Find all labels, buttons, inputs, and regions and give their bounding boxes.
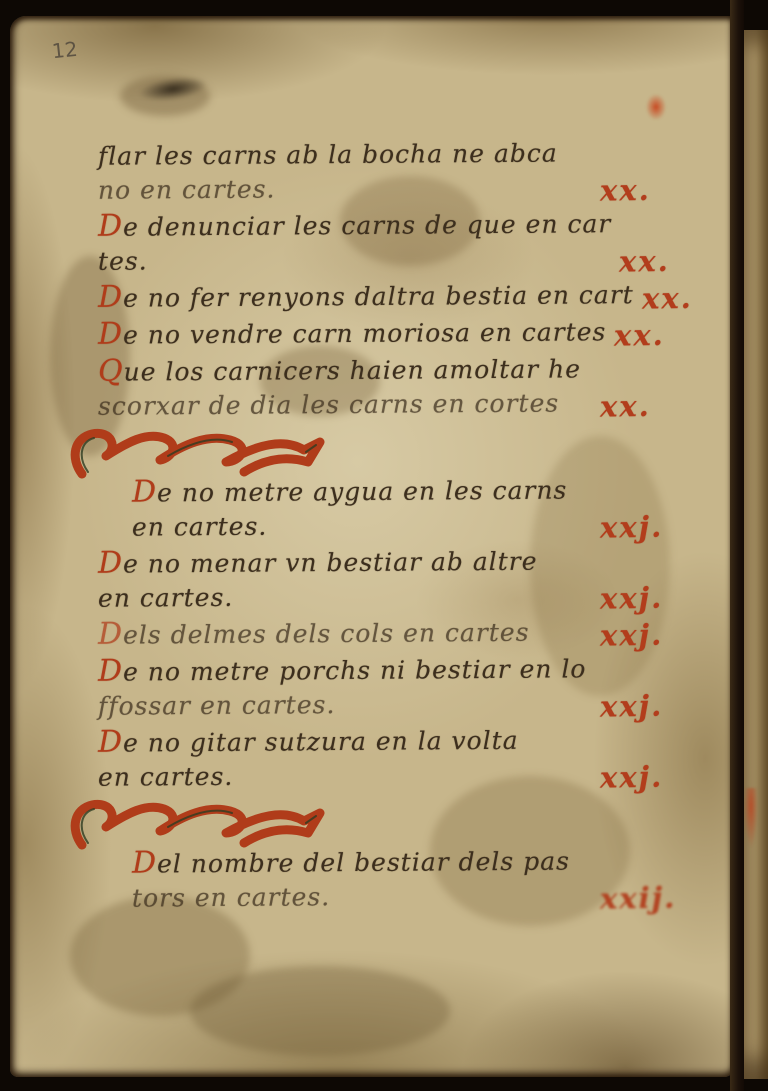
folio-number: xx. bbox=[634, 281, 729, 315]
toc-entry-text: flar les carns ab la bocha ne abcano en … bbox=[98, 138, 592, 206]
folio-number: xxij. bbox=[592, 881, 687, 915]
toc-entry-line: De no metre aygua en les carns bbox=[132, 472, 592, 510]
toc-entry-text: De no fer renyons daltra bestia en cart bbox=[98, 279, 634, 314]
toc-entry: Dels delmes dels cols en cartesxxj. bbox=[98, 616, 686, 651]
toc-entry-text: De no gitar sutzura en la voltaen cartes… bbox=[98, 724, 592, 793]
decorated-initial bbox=[68, 428, 686, 480]
folio-number: xxj. bbox=[592, 510, 687, 544]
toc-entry-line: scorxar de dia les carns en cortes bbox=[98, 386, 592, 423]
toc-entry-text: Dels delmes dels cols en cartes bbox=[98, 616, 592, 651]
toc-entry: De no metre aygua en les carnsen cartes.… bbox=[98, 474, 686, 543]
decorated-initial bbox=[68, 799, 686, 851]
toc-entry-text: Que los carnicers haien amoltar hescorxa… bbox=[98, 353, 592, 422]
toc-entry: Que los carnicers haien amoltar hescorxa… bbox=[98, 353, 686, 422]
facing-page-edge bbox=[742, 30, 768, 1079]
decorated-initial-flourish bbox=[68, 799, 398, 851]
folio-number: xx. bbox=[592, 389, 687, 423]
toc-entry-line: ffossar en cartes. bbox=[98, 686, 592, 723]
parchment-stain bbox=[190, 966, 450, 1056]
toc-entry: De no metre porchs ni bestiar en loffoss… bbox=[98, 653, 686, 722]
toc-entry-text: De no vendre carn moriosa en cartes bbox=[98, 316, 606, 351]
toc-entry-line: De no fer renyons daltra bestia en cart bbox=[98, 277, 634, 316]
folio-number: xx. bbox=[592, 173, 687, 207]
toc-entry-text: De no metre aygua en les carnsen cartes. bbox=[132, 474, 592, 543]
red-ink-smear bbox=[744, 788, 758, 848]
table-of-contents: flar les carns ab la bocha ne abcano en … bbox=[98, 138, 686, 916]
ink-smudge bbox=[137, 73, 209, 105]
toc-entry-line: De no menar vn bestiar ab altre bbox=[98, 543, 592, 581]
toc-entry-line: en cartes. bbox=[98, 578, 592, 615]
folio-number: xxj. bbox=[592, 618, 687, 652]
toc-entry-line: Dels delmes dels cols en cartes bbox=[98, 614, 592, 652]
toc-entry-text: Del nombre del bestiar dels pastors en c… bbox=[132, 845, 592, 914]
toc-entry-text: De no menar vn bestiar ab altreen cartes… bbox=[98, 545, 592, 614]
toc-entry: Del nombre del bestiar dels pastors en c… bbox=[98, 845, 686, 914]
toc-entry-line: Del nombre del bestiar dels pas bbox=[132, 843, 592, 881]
manuscript-page: 12 flar les carns ab la bocha ne abcano … bbox=[10, 16, 734, 1077]
toc-entry-line: De no vendre carn moriosa en cartes bbox=[98, 314, 607, 353]
toc-entry-line: Que los carnicers haien amoltar he bbox=[98, 351, 592, 389]
toc-entry-line: De denunciar les carns de que en car bbox=[98, 206, 612, 245]
toc-entry-line: tes. bbox=[98, 241, 612, 279]
toc-entry: De denunciar les carns de que en cartes.… bbox=[98, 208, 686, 277]
toc-entry-line: De no gitar sutzura en la volta bbox=[98, 722, 592, 760]
toc-entry-line: no en cartes. bbox=[98, 170, 592, 207]
toc-entry: De no menar vn bestiar ab altreen cartes… bbox=[98, 545, 686, 614]
toc-entry: De no vendre carn moriosa en cartesxx. bbox=[98, 316, 686, 351]
toc-entry: flar les carns ab la bocha ne abcano en … bbox=[98, 138, 686, 206]
toc-entry-line: De no metre porchs ni bestiar en lo bbox=[98, 651, 592, 689]
toc-entry: De no fer renyons daltra bestia en cartx… bbox=[98, 279, 686, 314]
folio-number: xxj. bbox=[592, 760, 687, 794]
toc-entry-text: De no metre porchs ni bestiar en loffoss… bbox=[98, 653, 592, 722]
folio-number: xxj. bbox=[592, 581, 687, 615]
toc-entry-text: De denunciar les carns de que en cartes. bbox=[98, 208, 611, 277]
toc-entry-line: en cartes. bbox=[98, 757, 592, 794]
red-ink-dot bbox=[646, 94, 666, 120]
folio-number: xxj. bbox=[592, 689, 687, 723]
toc-entry-line: en cartes. bbox=[132, 507, 592, 544]
toc-entry: De no gitar sutzura en la voltaen cartes… bbox=[98, 724, 686, 793]
folio-number: xx. bbox=[606, 318, 701, 352]
folio-number: xx. bbox=[611, 244, 706, 278]
toc-entry-line: flar les carns ab la bocha ne abca bbox=[98, 136, 592, 173]
decorated-initial-flourish bbox=[68, 428, 398, 480]
book-gutter-shadow bbox=[730, 0, 744, 1091]
pencil-folio-number: 12 bbox=[51, 37, 79, 64]
toc-entry-line: tors en cartes. bbox=[132, 878, 592, 915]
